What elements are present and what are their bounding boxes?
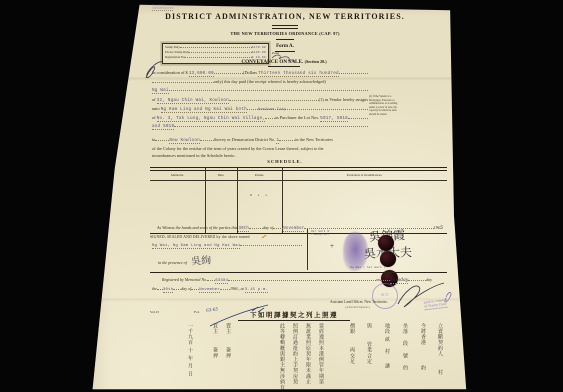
handwriting-overlay: [0, 0, 563, 392]
insertion-caret-mark: [262, 235, 266, 238]
scanned-deed-page: D.A.N.T. 8 CONVEYANCES DISTRICT ADMINIST…: [0, 0, 563, 392]
purple-check-mark: [445, 292, 451, 302]
officer-signature-handwriting: [398, 283, 444, 307]
left-margin-ink-mark: [146, 62, 163, 78]
fol-flourish-handwriting: [210, 305, 268, 326]
paid-signature-handwriting: [272, 55, 295, 62]
